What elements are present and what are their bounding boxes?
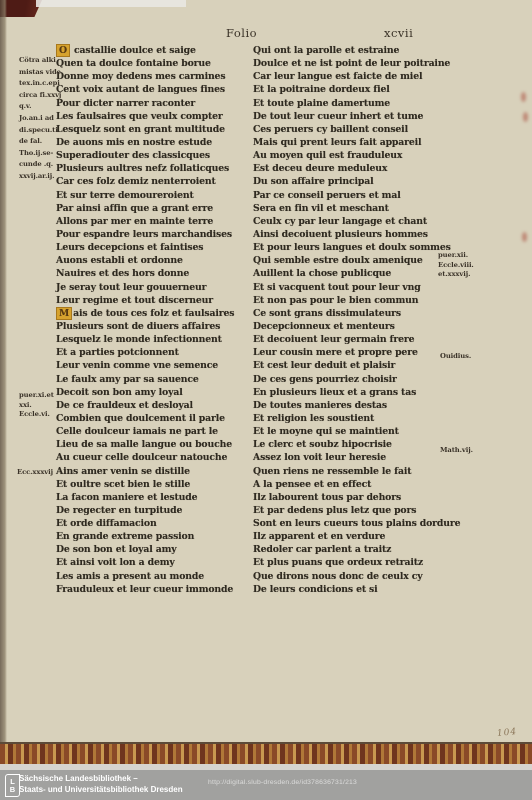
verse-line: Et plus puans que ordeux retraitz: [253, 556, 455, 569]
verse-line: Je seray tout leur gouuerneur: [56, 281, 253, 294]
margin-line: cunde .q.: [19, 159, 61, 171]
verse-line: Ceulx cy par leur langage et chant: [253, 215, 455, 228]
verse-line: Et si vacquent tout pour leur vng: [253, 281, 455, 294]
verse-line: Lesquelz le monde infectionnent: [56, 333, 253, 346]
verse-line: Combien que doulcement il parle: [56, 412, 253, 425]
verse-line: Au cueur celle doulceur natouche: [56, 451, 253, 464]
verse-line: Auillent la chose publicque: [253, 267, 455, 280]
running-head-folio: Folio: [226, 26, 257, 40]
verse-line: Quen riens ne ressemble le fait: [253, 465, 455, 478]
verse-line: Et oultre scet bien le stille: [56, 478, 253, 491]
verse-line: Allons par mer en mainte terre: [56, 215, 253, 228]
verse-line: Et non pas pour le bien commun: [253, 294, 455, 307]
verse-line: Est deceu deure meduleux: [253, 162, 455, 175]
verse-line: Pour dicter narrer raconter: [56, 97, 253, 110]
pencil-page-number: 104: [497, 727, 518, 739]
verse-line: Doulce et ne ist point de leur poitraine: [253, 57, 455, 70]
margin-line: q.v.: [19, 101, 61, 113]
verse-line: Les amis a present au monde: [56, 570, 253, 583]
verse-line: Decepcionneux et menteurs: [253, 320, 455, 333]
margin-line: de fal.: [19, 136, 61, 148]
verse-line: Au moyen quil est frauduleux: [253, 149, 455, 162]
margin-note-left-low: Ecc.xxxvij: [17, 468, 53, 478]
margin-line: Eccle.vi.: [19, 410, 54, 420]
page-left-shadow: [0, 0, 7, 768]
verse-line: Que dirons nous donc de ceulx cy: [253, 570, 455, 583]
verse-line: Et le moyne qui se maintient: [253, 425, 455, 438]
verse-line: Cent voix autant de langues fines: [56, 83, 253, 96]
margin-line: Ouidius.: [440, 352, 471, 362]
margin-note-right-top: puer.xii.Eccle.viii.et.xxxvij.: [438, 251, 474, 280]
verse-line: Ilz apparent et en verdure: [253, 530, 455, 543]
verse-line: La facon maniere et lestude: [56, 491, 253, 504]
verse-line: De toutes manieres destas: [253, 399, 455, 412]
verse-line: De auons mis en nostre estude: [56, 136, 253, 149]
margin-line: xxvij.ar.ij.: [19, 171, 61, 183]
margin-line: puer.xii.: [438, 251, 474, 261]
verse-line: Celle doulceur iamais ne part le: [56, 425, 253, 438]
library-name-line2: Staats- und Universitätsbibliothek Dresd…: [19, 785, 183, 796]
verse-line: Le clerc et soubz hipocrisie: [253, 438, 455, 451]
verse-line: Et sur terre demoureroient: [56, 189, 253, 202]
permalink-url: http://digital.slub-dresden.de/id3786367…: [208, 779, 357, 786]
verse-line: Leur regime et tout discerneur: [56, 294, 253, 307]
verse-line: Assez lon voit leur heresie: [253, 451, 455, 464]
margin-note-left-top: Cötra alkimistas videtex.in.c.epicirca f…: [19, 55, 61, 183]
verse-line: Plusieurs sont de diuers affaires: [56, 320, 253, 333]
verse-line: Ce sont grans dissimulateurs: [253, 307, 455, 320]
verse-line: Decoit son bon amy loyal: [56, 386, 253, 399]
verse-line: De ce frauldeux et desloyal: [56, 399, 253, 412]
slub-logo-letter: B: [10, 786, 15, 794]
verse-line: Redoler car parlent a traitz: [253, 543, 455, 556]
verse-line: Du son affaire principal: [253, 175, 455, 188]
verse-line: Et cest leur deduit et plaisir: [253, 359, 455, 372]
margin-line: Eccle.viii.: [438, 261, 474, 271]
margin-note-right-mid: Ouidius.: [440, 352, 471, 362]
verse-line: Par ainsi affin que a grant erre: [56, 202, 253, 215]
verse-line: Et par dedens plus letz que pors: [253, 504, 455, 517]
margin-line: puer.xi.et: [19, 391, 54, 401]
verse-line: Leurs decepcions et faintises: [56, 241, 253, 254]
verse-line: De tout leur cueur inhert et tume: [253, 110, 455, 123]
edge-marbling-speck: [523, 112, 528, 122]
verse-line: Car ces folz demiz nenterroient: [56, 175, 253, 188]
verse-line: De regecter en turpitude: [56, 504, 253, 517]
edge-marbling-speck: [521, 92, 526, 102]
scanner-background: [36, 0, 186, 7]
verse-line: Frauduleux et leur cueur immonde: [56, 583, 253, 596]
verse-line: Et ainsi voit lon a demy: [56, 556, 253, 569]
margin-line: tex.in.c.epi: [19, 78, 61, 90]
viewer-footer-bar: L B Sächsische Landesbibliothek – Staats…: [0, 770, 532, 800]
verse-line: Quen ta doulce fontaine borue: [56, 57, 253, 70]
text-column-right: Qui ont la parolle et estraineDoulce et …: [253, 44, 455, 596]
verse-line: De ces gens pourriez choisir: [253, 373, 455, 386]
verse-line: Donne moy dedens mes carmines: [56, 70, 253, 83]
margin-line: Jo.an.i ad: [19, 113, 61, 125]
verse-line: Et la poitraine dordeux fiel: [253, 83, 455, 96]
verse-line: Et pour leurs langues et doulx sommes: [253, 241, 455, 254]
library-name: Sächsische Landesbibliothek – Staats- un…: [19, 774, 183, 795]
verse-line: Plusieurs aultres nefz follaticques: [56, 162, 253, 175]
verse-line: Et orde diffamacion: [56, 517, 253, 530]
verse-line: De son bon et loyal amy: [56, 543, 253, 556]
verse-line: Mais qui prent leurs fait appareil: [253, 136, 455, 149]
verse-line: Ilz labourent tous par dehors: [253, 491, 455, 504]
margin-line: Cötra alki: [19, 55, 61, 67]
verse-line: De leurs condicions et si: [253, 583, 455, 596]
margin-line: Tho.ij.se-: [19, 148, 61, 160]
margin-line: circa fi.xxvj: [19, 90, 61, 102]
margin-line: Math.vij.: [440, 446, 473, 456]
verse-line: Auons establi et ordonne: [56, 254, 253, 267]
verse-line: Les faulsaires que veulx compter: [56, 110, 253, 123]
margin-note-right-low: Math.vij.: [440, 446, 473, 456]
verse-line: Qui semble estre doulx amenique: [253, 254, 455, 267]
verse-line: Ces peruers cy baillent conseil: [253, 123, 455, 136]
margin-line: et.xxxvij.: [438, 270, 474, 280]
text-column-left: O castallie doulce et saigeQuen ta doulc…: [56, 44, 253, 596]
verse-line: Et toute plaine damertume: [253, 97, 455, 110]
slub-logo: L B: [5, 774, 20, 797]
verse-line: Ainsi decoiuent plusieurs hommes: [253, 228, 455, 241]
running-head-folio-number: xcvii: [384, 26, 413, 40]
verse-line: Le faulx amy par sa sauence: [56, 373, 253, 386]
edge-marbling-speck: [522, 232, 527, 242]
verse-line: Et a parties potcionnent: [56, 346, 253, 359]
verse-line: Car leur langue est faicte de miel: [253, 70, 455, 83]
verse-line: Et religion les soustient: [253, 412, 455, 425]
verse-line: Qui ont la parolle et estraine: [253, 44, 455, 57]
margin-line: di.specu.ti.: [19, 125, 61, 137]
verse-line: Sera en fin vil et meschant: [253, 202, 455, 215]
digitized-book-viewer: Folio xcvii O castallie doulce et saigeQ…: [0, 0, 532, 800]
margin-line: Ecc.xxxvij: [17, 468, 53, 478]
margin-note-left-mid: puer.xi.etxxi.Eccle.vi.: [19, 391, 54, 420]
verse-line: En plusieurs lieux et a grans tas: [253, 386, 455, 399]
verse-line: Superadiouter des classicques: [56, 149, 253, 162]
verse-line: Pour espandre leurs marchandises: [56, 228, 253, 241]
verse-line: Mais de tous ces folz et faulsaires: [56, 307, 253, 320]
margin-line: mistas vide: [19, 67, 61, 79]
verse-line: Lieu de sa malle langue ou bouche: [56, 438, 253, 451]
verse-line: En grande extreme passion: [56, 530, 253, 543]
verse-line: Sont en leurs cueurs tous plains dordure: [253, 517, 455, 530]
verse-line: Nauires et des hors donne: [56, 267, 253, 280]
verse-line: Lesquelz sont en grant multitude: [56, 123, 253, 136]
library-name-line1: Sächsische Landesbibliothek –: [19, 774, 183, 785]
verse-line: Ains amer venin se distille: [56, 465, 253, 478]
verse-line: A la pensee et en effect: [253, 478, 455, 491]
verse-line: Leur cousin mere et propre pere: [253, 346, 455, 359]
verse-line: Leur venin comme vne semence: [56, 359, 253, 372]
margin-line: xxi.: [19, 401, 54, 411]
verse-line: Et decoiuent leur germain frere: [253, 333, 455, 346]
verse-line: O castallie doulce et saige: [56, 44, 253, 57]
verse-line: Par ce conseil peruers et mal: [253, 189, 455, 202]
